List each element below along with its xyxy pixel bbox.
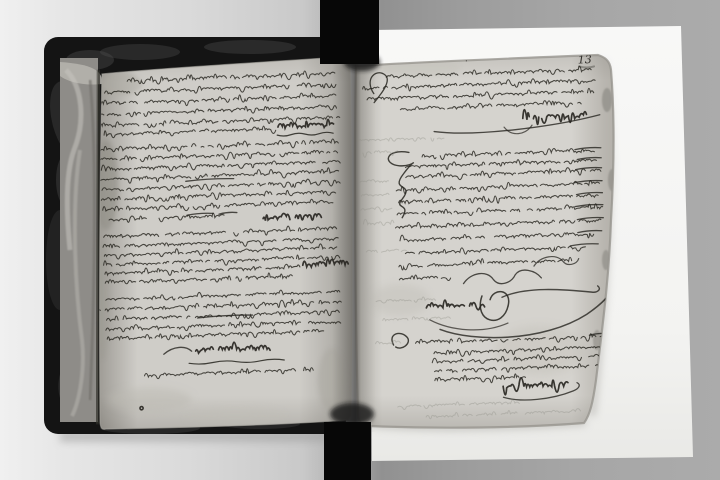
- manuscript-scan-viewport: + 13: [0, 0, 720, 480]
- cover-hinge-crease: [97, 70, 99, 424]
- black-backdrop-strip-bottom: [324, 422, 371, 480]
- right-page: [350, 50, 620, 434]
- scan-scene: + 13: [0, 0, 720, 480]
- page-block-edges: [60, 58, 102, 424]
- gutter-shadow: [332, 54, 376, 432]
- spine-notch-bottom: [330, 403, 374, 425]
- black-backdrop-strip-top: [320, 0, 379, 64]
- left-page: [94, 52, 356, 434]
